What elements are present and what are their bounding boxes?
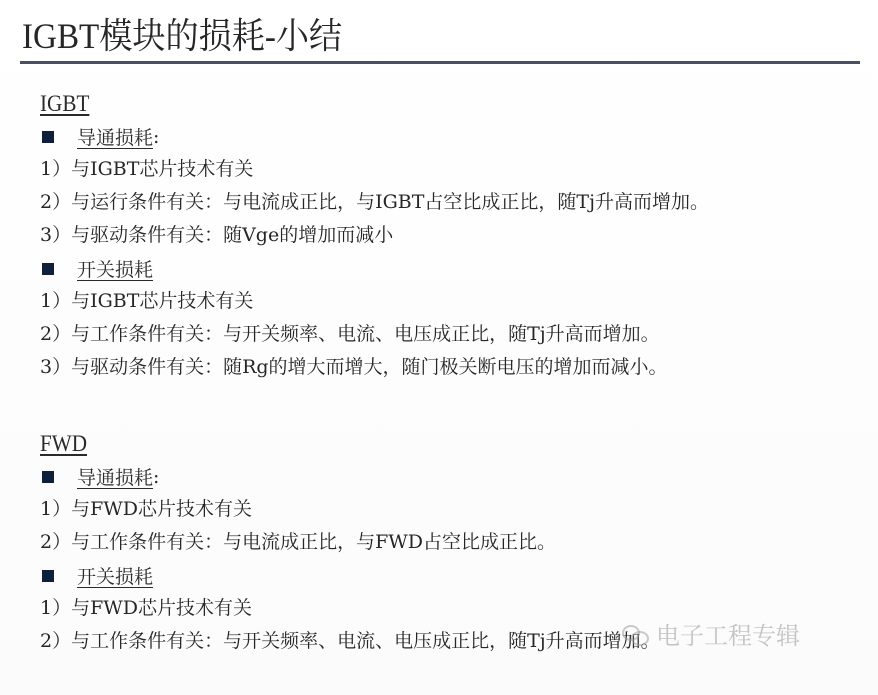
subheading-label: 导通损耗 xyxy=(77,463,153,490)
section-igbt: IGBT 导通损耗 : 1）与IGBT芯片技术有关 2）与运行条件有关：与电流成… xyxy=(40,88,709,384)
section-fwd: FWD 导通损耗 : 1）与FWD芯片技术有关 2）与工作条件有关：与电流成正比… xyxy=(40,428,660,658)
square-bullet-icon xyxy=(42,131,54,143)
subheading-switching-loss: 开关损耗 xyxy=(40,559,660,592)
watermark-text: 电子工程专辑 xyxy=(656,616,800,651)
slide-title: IGBT模块的损耗-小结 xyxy=(22,8,342,59)
square-bullet-icon xyxy=(42,570,54,582)
list-item: 2）与运行条件有关：与电流成正比，与IGBT占空比成正比，随Tj升高而增加。 xyxy=(40,186,709,219)
list-item: 3）与驱动条件有关：随Vge的增加而减小 xyxy=(40,219,709,252)
subheading-conduction-loss: 导通损耗 : xyxy=(40,120,709,153)
list-item: 1）与IGBT芯片技术有关 xyxy=(40,285,709,318)
subheading-label: 开关损耗 xyxy=(77,562,153,589)
subheading-conduction-loss: 导通损耗 : xyxy=(40,460,660,493)
subheading-suffix: : xyxy=(153,466,159,488)
list-item: 3）与驱动条件有关：随Rg的增大而增大，随门极关断电压的增加而减小。 xyxy=(40,351,709,384)
subheading-label: 导通损耗 xyxy=(77,123,153,150)
slide: IGBT模块的损耗-小结 IGBT 导通损耗 : 1）与IGBT芯片技术有关 2… xyxy=(0,0,878,695)
list-item: 1）与IGBT芯片技术有关 xyxy=(40,153,709,186)
list-item: 2）与工作条件有关：与开关频率、电流、电压成正比，随Tj升高而增加。 xyxy=(40,625,660,658)
square-bullet-icon xyxy=(42,263,54,275)
list-item: 1）与FWD芯片技术有关 xyxy=(40,592,660,625)
subheading-label: 开关损耗 xyxy=(77,255,153,282)
wechat-icon xyxy=(622,623,648,645)
section-heading: FWD xyxy=(40,428,610,460)
list-item: 2）与工作条件有关：与电流成正比，与FWD占空比成正比。 xyxy=(40,526,660,559)
watermark: 电子工程专辑 xyxy=(622,616,800,651)
title-divider xyxy=(20,61,860,64)
square-bullet-icon xyxy=(42,471,54,483)
list-item: 2）与工作条件有关：与开关频率、电流、电压成正比，随Tj升高而增加。 xyxy=(40,318,709,351)
list-item: 1）与FWD芯片技术有关 xyxy=(40,493,660,526)
subheading-suffix: : xyxy=(153,126,159,148)
subheading-switching-loss: 开关损耗 xyxy=(40,252,709,285)
section-heading: IGBT xyxy=(40,88,655,120)
